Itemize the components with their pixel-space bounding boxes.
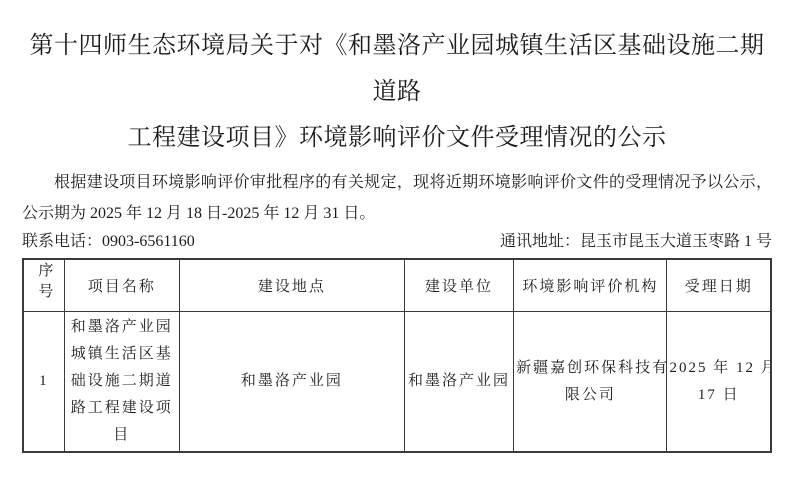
- contact-row: 联系电话：0903-6561160 通讯地址：昆玉市昆玉大道玉枣路 1 号: [22, 232, 772, 252]
- table-row: 1 和墨洛产业园 城镇生活区基 础设施二期道 路工程建设项 目 和墨洛产业园 和…: [23, 312, 771, 453]
- col-header-seq: 序号: [23, 259, 64, 312]
- page-title-line-2: 工程建设项目》环境影响评价文件受理情况的公示: [22, 115, 772, 161]
- announcement-paragraph: 根据建设项目环境影响评价审批程序的有关规定，现将近期环境影响评价文件的受理情况予…: [22, 167, 772, 229]
- col-header-builder: 建设单位: [404, 259, 513, 312]
- col-header-eia-agency: 环境影响评价机构: [514, 259, 667, 312]
- cell-eia-agency: 新疆嘉创环保科技有 限公司: [514, 312, 667, 453]
- contact-phone: 联系电话：0903-6561160: [22, 232, 195, 252]
- cell-project-name: 和墨洛产业园 城镇生活区基 础设施二期道 路工程建设项 目: [64, 312, 179, 453]
- cell-location: 和墨洛产业园: [179, 312, 404, 453]
- contact-address: 通讯地址：昆玉市昆玉大道玉枣路 1 号: [500, 232, 772, 252]
- cell-seq: 1: [23, 312, 64, 453]
- cell-builder: 和墨洛产业园: [404, 312, 513, 453]
- page-title-line-1: 第十四师生态环境局关于对《和墨洛产业园城镇生活区基础设施二期道路: [22, 23, 772, 115]
- document-page: 第十四师生态环境局关于对《和墨洛产业园城镇生活区基础设施二期道路 工程建设项目》…: [0, 0, 800, 503]
- col-header-seq-label: 序号: [36, 262, 51, 304]
- col-header-project-name: 项目名称: [64, 259, 179, 312]
- col-header-accept-date: 受理日期: [667, 259, 771, 312]
- page-title: 第十四师生态环境局关于对《和墨洛产业园城镇生活区基础设施二期道路 工程建设项目》…: [22, 23, 772, 161]
- col-header-location: 建设地点: [179, 259, 404, 312]
- cell-accept-date: 2025 年 12 月 17 日: [667, 312, 771, 453]
- table-header-row: 序号 项目名称 建设地点 建设单位 环境影响评价机构 受理日期: [23, 259, 771, 312]
- eia-acceptance-table: 序号 项目名称 建设地点 建设单位 环境影响评价机构 受理日期 1 和墨洛产业园…: [22, 258, 772, 453]
